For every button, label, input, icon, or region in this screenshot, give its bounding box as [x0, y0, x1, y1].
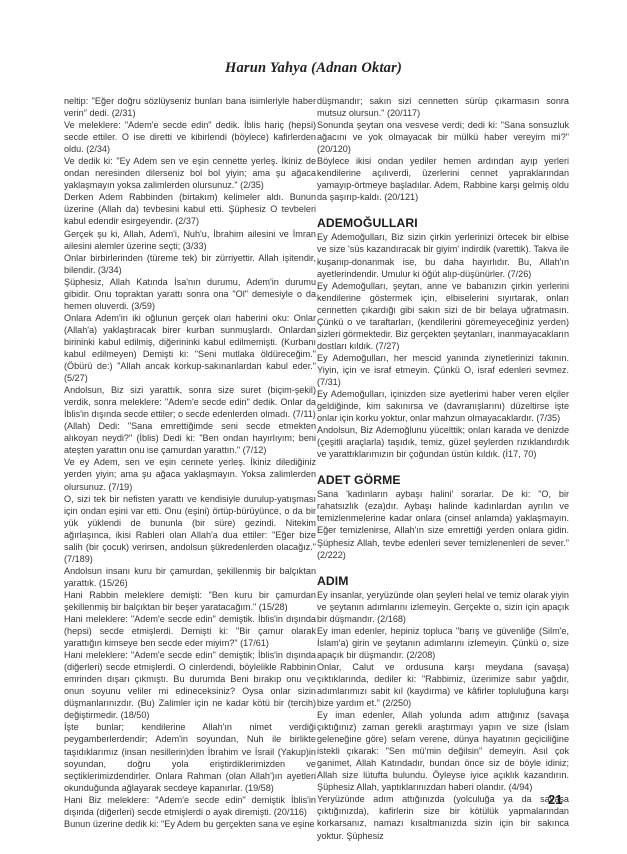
verse-paragraph: Ey iman edenler, Allah yolunda adım attı… [317, 709, 569, 793]
verse-paragraph: O, sizi tek bir nefisten yarattı ve kend… [64, 493, 316, 565]
verse-paragraph: Hani Rabbin meleklere demişti: "Ben kuru… [64, 589, 316, 613]
section-adet-gorme: ADET GÖRME Sana 'kadınların aybaşı halin… [317, 473, 569, 560]
page-number: 21 [548, 792, 562, 807]
verse-paragraph: Hani Biz meleklere: "Adem'e secde edin" … [64, 794, 316, 818]
verse-paragraph: Hani meleklere: "Adem'e secde edin" demi… [64, 649, 316, 721]
verse-paragraph: Böylece ikisi ondan yediler hemen ardınd… [317, 155, 569, 203]
verse-paragraph: Sana 'kadınların aybaşı halini' sorarlar… [317, 488, 569, 560]
verse-paragraph: Ey Ademoğulları, içinizden size ayetleri… [317, 388, 569, 424]
verse-paragraph: Andolsun insanı kuru bir çamurdan, şekil… [64, 565, 316, 589]
verse-paragraph: Gerçek şu ki, Allah, Adem'i, Nuh'u, İbra… [64, 228, 316, 252]
section-heading: ADIM [317, 574, 569, 588]
verse-paragraph: (Allah) Dedi: "Sana emrettiğimde seni se… [64, 420, 316, 456]
verse-paragraph: Yeryüzünde adım attığınızda (yolculuğa y… [317, 793, 569, 841]
verse-paragraph: Ey Ademoğulları, Biz sizin çirkin yerler… [317, 231, 569, 279]
section-heading: ADET GÖRME [317, 473, 569, 487]
verse-paragraph: İşte bunlar; kendilerine Allah'ın nimet … [64, 721, 316, 793]
section-ademogullari: ADEMOĞULLARI Ey Ademoğulları, Biz sizin … [317, 216, 569, 460]
verse-paragraph: Ey insanlar, yeryüzünde olan şeyleri hel… [317, 589, 569, 625]
verse-paragraph: Derken Adem Rabbinden (birtakım) kelimel… [64, 191, 316, 227]
verse-paragraph: düşmandır; sakın sizi cennetten sürüp çı… [317, 95, 569, 119]
verse-paragraph: neltip: "Eğer doğru sözlüyseniz bunları … [64, 95, 316, 119]
verse-paragraph: Onlar, Calut ve ordusuna karşı meydana (… [317, 661, 569, 709]
left-column: neltip: "Eğer doğru sözlüyseniz bunları … [64, 95, 316, 830]
section-adim: ADIM Ey insanlar, yeryüzünde olan şeyler… [317, 574, 569, 842]
verse-paragraph: Ey iman edenler, hepiniz topluca "barış … [317, 625, 569, 661]
verse-paragraph: Bunun üzerine dedik ki: "Ey Adem bu gerç… [64, 818, 316, 830]
verse-paragraph: Ve dedik ki: "Ey Adem sen ve eşin cennet… [64, 155, 316, 191]
verse-paragraph: Şüphesiz, Allah Katında İsa'nın durumu, … [64, 276, 316, 312]
verse-paragraph: Onlara Adem'in iki oğlunun gerçek olan h… [64, 312, 316, 384]
verse-paragraph: Hani meleklere: "Adem'e secde edin" demi… [64, 613, 316, 649]
verse-paragraph: Ey Ademoğulları, şeytan, anne ve babanız… [317, 280, 569, 352]
section-heading: ADEMOĞULLARI [317, 216, 569, 230]
verse-paragraph: Andolsun, Biz Ademoğlunu yücelttik; onla… [317, 424, 569, 460]
verse-paragraph: Ve meleklere: "Adem'e secde edin" dedik.… [64, 119, 316, 155]
verse-paragraph: Onlar birbirlerinden (türeme tek) bir zü… [64, 252, 316, 276]
running-header: Harun Yahya (Adnan Oktar) [0, 60, 627, 77]
verse-paragraph: Ve ey Adem, sen ve eşin cennete yerleş. … [64, 456, 316, 492]
right-column: düşmandır; sakın sizi cennetten sürüp çı… [317, 95, 569, 842]
verse-paragraph: Andolsun, Biz sizi yarattık, sonra size … [64, 384, 316, 420]
verse-paragraph: Sonunda şeytan ona vesvese verdi; dedi k… [317, 119, 569, 155]
verse-paragraph: Ey Ademoğulları, her mescid yanında ziyn… [317, 352, 569, 388]
